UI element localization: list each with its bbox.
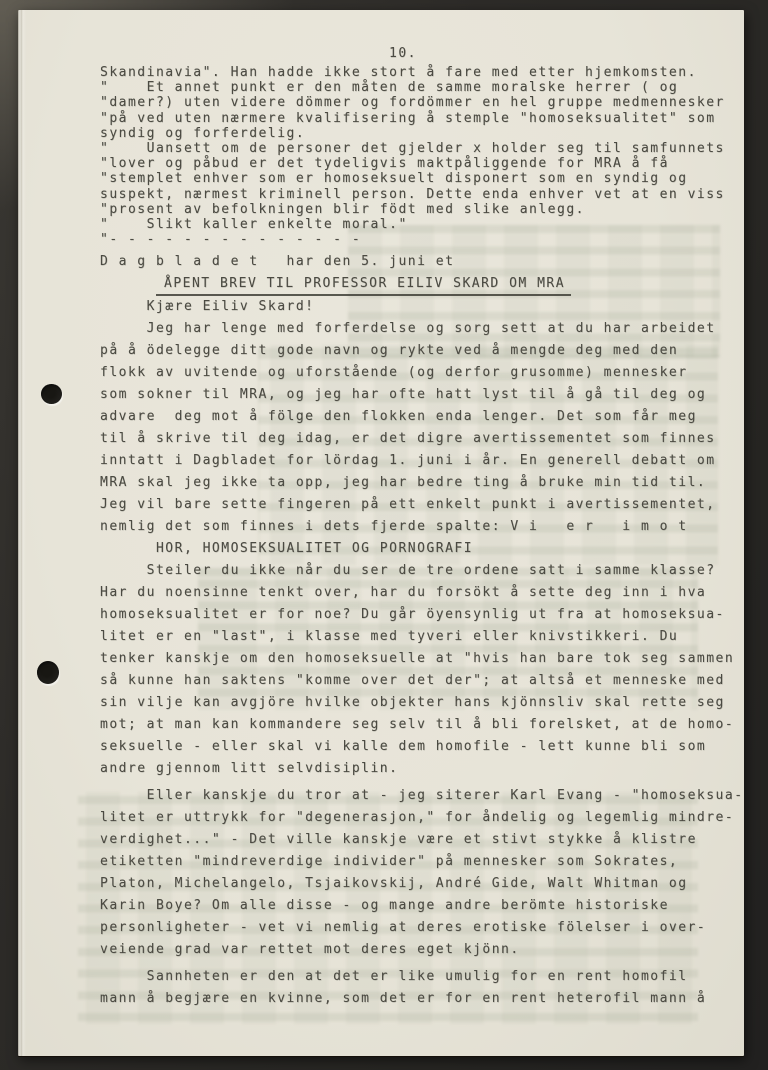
- text-line: mot; at man kan kommandere seg selv til …: [100, 714, 712, 736]
- text-line: mann å begjære en kvinne, som det er for…: [100, 988, 712, 1010]
- text-line: så kunne han saktens "komme over det der…: [100, 670, 712, 692]
- text-line: flokk av uvitende og uforstående (og der…: [100, 362, 712, 384]
- letter-paragraph-4: Sannheten er den at det er like umulig f…: [100, 966, 712, 1010]
- text-line: Karin Boye? Om alle disse - og mange and…: [100, 895, 712, 917]
- letter-paragraph-2: Steiler du ikke når du ser de tre ordene…: [100, 560, 712, 780]
- text-line: homoseksualitet er for noe? Du går öyens…: [100, 604, 712, 626]
- text-line: etiketten "mindreverdige individer" på m…: [100, 851, 712, 873]
- text-line: sin vilje kan avgjöre hvilke objekter ha…: [100, 692, 712, 714]
- scan-background: 10. Skandinavia". Han hadde ikke stort å…: [0, 0, 768, 1070]
- text-line: andre gjennom litt selvdisiplin.: [100, 758, 712, 780]
- dagbladet-intro-line: D a g b l a d e t har den 5. juni et: [100, 251, 712, 273]
- text-line: "stemplet enhver som er homoseksuelt dis…: [100, 171, 712, 186]
- text-line: tenker kanskje om den homoseksuelle at "…: [100, 648, 712, 670]
- open-letter: D a g b l a d e t har den 5. juni et ÅPE…: [100, 251, 712, 1010]
- text-line: "lover og påbud er det tydeligvis maktpå…: [100, 156, 712, 171]
- text-line: nemlig det som finnes i dets fjerde spal…: [100, 516, 712, 538]
- text-line: suspekt, nærmest kriminell person. Dette…: [100, 187, 712, 202]
- text-line: " Et annet punkt er den måten de samme m…: [100, 80, 712, 95]
- text-line: Sannheten er den at det er like umulig f…: [100, 966, 712, 988]
- letter-subheading: HOR, HOMOSEKSUALITET OG PORNOGRAFI: [100, 538, 712, 560]
- text-line: litet er en "last", i klasse med tyveri …: [100, 626, 712, 648]
- typewritten-text: 10. Skandinavia". Han hadde ikke stort å…: [18, 10, 744, 1056]
- text-line: " Uansett om de personer det gjelder x h…: [100, 141, 712, 156]
- text-line: Jeg har lenge med forferdelse og sorg se…: [100, 318, 712, 340]
- letter-paragraph-1: Jeg har lenge med forferdelse og sorg se…: [100, 318, 712, 538]
- text-line: Steiler du ikke når du ser de tre ordene…: [100, 560, 712, 582]
- text-line: "prosent av befolkningen blir födt med s…: [100, 202, 712, 217]
- text-line: "på ved uten nærmere kvalifisering å ste…: [100, 111, 712, 126]
- text-line: verdighet..." - Det ville kanskje være e…: [100, 829, 712, 851]
- text-line: Har du noensinne tenkt over, har du fors…: [100, 582, 712, 604]
- page-number: 10.: [100, 46, 706, 62]
- text-line: "damer?) uten videre dömmer og fordömmer…: [100, 95, 712, 110]
- text-line: seksuelle - eller skal vi kalle dem homo…: [100, 736, 712, 758]
- text-line: syndig og forferdelig.: [100, 126, 712, 141]
- text-line: "- - - - - - - - - - - - - -: [100, 232, 712, 247]
- text-line: Skandinavia". Han hadde ikke stort å far…: [100, 65, 712, 80]
- text-line: MRA skal jeg ikke ta opp, jeg har bedre …: [100, 472, 712, 494]
- text-line: personligheter - vet vi nemlig at deres …: [100, 917, 712, 939]
- text-line: Jeg vil bare sette fingeren på ett enkel…: [100, 494, 712, 516]
- text-line: Eller kanskje du tror at - jeg siterer K…: [100, 785, 712, 807]
- text-line: på å ödelegge ditt gode navn og rykte ve…: [100, 340, 712, 362]
- document-page: 10. Skandinavia". Han hadde ikke stort å…: [18, 10, 744, 1056]
- quoted-passage: Skandinavia". Han hadde ikke stort å far…: [100, 65, 712, 247]
- letter-paragraph-3: Eller kanskje du tror at - jeg siterer K…: [100, 785, 712, 961]
- letter-heading-line: ÅPENT BREV TIL PROFESSOR EILIV SKARD OM …: [100, 273, 712, 296]
- text-line: veiende grad var rettet mot deres eget k…: [100, 939, 712, 961]
- text-line: Platon, Michelangelo, Tsjaikovskij, Andr…: [100, 873, 712, 895]
- letter-heading: ÅPENT BREV TIL PROFESSOR EILIV SKARD OM …: [156, 274, 571, 296]
- text-line: litet er uttrykk for "degenerasjon," for…: [100, 807, 712, 829]
- letter-salutation: Kjære Eiliv Skard!: [100, 296, 712, 318]
- text-line: " Slikt kaller enkelte moral.": [100, 217, 712, 232]
- text-line: til å skrive til deg idag, er det digre …: [100, 428, 712, 450]
- text-line: advare deg mot å fölge den flokken enda …: [100, 406, 712, 428]
- text-line: inntatt i Dagbladet for lördag 1. juni i…: [100, 450, 712, 472]
- text-line: som sokner til MRA, og jeg har ofte hatt…: [100, 384, 712, 406]
